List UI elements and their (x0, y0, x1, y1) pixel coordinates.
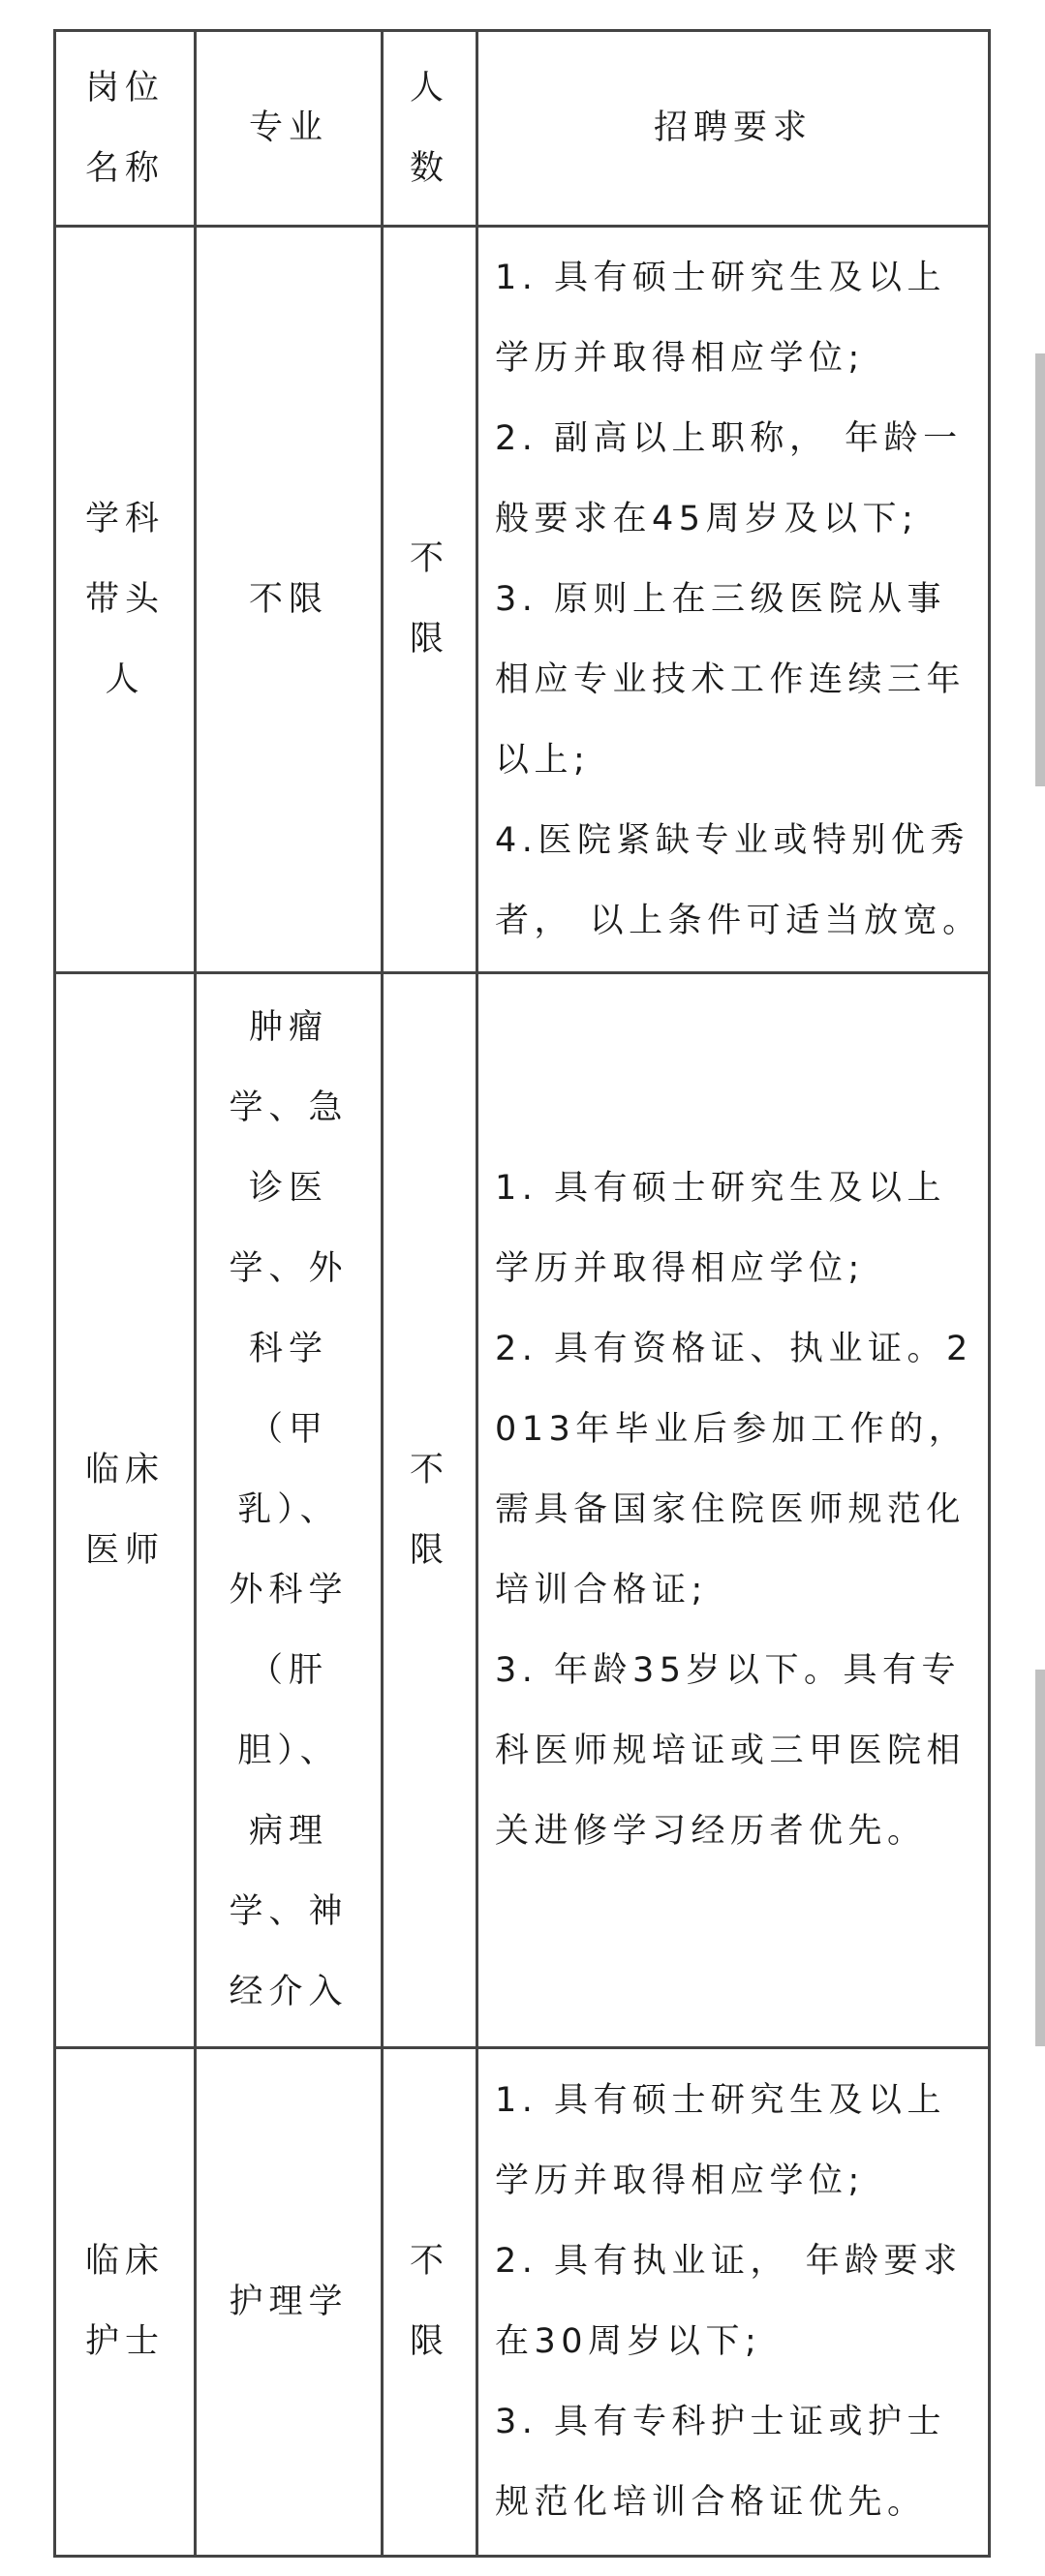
recruitment-table: 岗位 名称 专业 人 数 招聘要求 学科 带头 人 不限 不 限 1. 具有硕士… (53, 29, 991, 2558)
cell-text: 限 (410, 2302, 449, 2382)
cell-text: 护士 (85, 2302, 165, 2382)
requirement-line: 学历并取得相应学位; (495, 2141, 865, 2222)
cell-text: 临床 (85, 2222, 165, 2302)
cell-text: 乳）、 (237, 1470, 340, 1550)
header-position-name: 岗位 名称 (56, 32, 194, 225)
header-specialty: 专业 (197, 32, 381, 225)
cell-text: 肿瘤 (249, 988, 328, 1068)
requirement-line: 者， 以上条件可适当放宽。 (495, 881, 982, 962)
cell-text: 护理学 (229, 2262, 348, 2343)
requirement-line: 1. 具有硕士研究生及以上 (495, 2061, 946, 2141)
cell-text: 限 (410, 1511, 449, 1591)
cell-text: 学、神 (229, 1872, 348, 1952)
cell-text: 不 (410, 2222, 449, 2302)
requirement-line: 2. 具有执业证， 年龄要求 (495, 2222, 963, 2302)
header-text: 名称 (85, 129, 165, 209)
requirement-line: 1. 具有硕士研究生及以上 (495, 1149, 946, 1229)
requirement-line: 规范化培训合格证优先。 (495, 2463, 927, 2543)
scrollbar-thumb[interactable] (1035, 1670, 1045, 2046)
header-text: 数 (410, 129, 449, 209)
cell-text: （肝 (249, 1631, 328, 1711)
row2-count: 不 限 (384, 974, 476, 2046)
row3-requirements: 1. 具有硕士研究生及以上 学历并取得相应学位; 2. 具有执业证， 年龄要求 … (478, 2049, 988, 2555)
cell-text: 科学 (249, 1309, 328, 1390)
row1-position: 学科 带头 人 (56, 228, 194, 971)
requirement-line: 1. 具有硕士研究生及以上 (495, 238, 946, 319)
row2-requirements: 1. 具有硕士研究生及以上 学历并取得相应学位; 2. 具有资格证、执业证。2 … (478, 974, 988, 2046)
requirement-line: 学历并取得相应学位; (495, 319, 865, 399)
header-text: 岗位 (85, 48, 165, 129)
requirement-line: 科医师规培证或三甲医院相 (495, 1711, 966, 1792)
row3-count: 不 限 (384, 2049, 476, 2555)
header-requirements: 招聘要求 (478, 32, 988, 225)
requirement-line: 学历并取得相应学位; (495, 1229, 865, 1309)
cell-text: 经介入 (229, 1952, 348, 2033)
header-text: 专业 (249, 88, 328, 169)
requirement-line: 4.医院紧缺专业或特别优秀 (495, 801, 969, 881)
cell-text: 不限 (249, 560, 328, 640)
requirement-line: 3. 年龄35岁以下。具有专 (495, 1631, 961, 1711)
row2-specialty: 肿瘤 学、急 诊医 学、外 科学 （甲 乳）、 外科学 （肝 胆）、 病理 学、… (197, 974, 381, 2046)
cell-text: 胆）、 (237, 1711, 340, 1792)
row2-position: 临床 医师 (56, 974, 194, 2046)
requirement-line: 2. 副高以上职称， 年龄一 (495, 399, 963, 479)
scrollbar-thumb[interactable] (1035, 353, 1045, 786)
requirement-line: 般要求在45周岁及以下; (495, 479, 918, 560)
cell-text: 学、外 (229, 1229, 348, 1309)
row3-position: 临床 护士 (56, 2049, 194, 2555)
requirement-line: 在30周岁以下; (495, 2302, 761, 2382)
cell-text: 人 (105, 640, 144, 721)
cell-text: 临床 (85, 1430, 165, 1511)
requirement-line: 关进修学习经历者优先。 (495, 1792, 927, 1872)
cell-text: （甲 (249, 1390, 328, 1470)
requirement-line: 需具备国家住院医师规范化 (495, 1470, 966, 1550)
cell-text: 病理 (249, 1792, 328, 1872)
header-count: 人 数 (384, 32, 476, 225)
requirement-line: 3. 具有专科护士证或护士 (495, 2382, 946, 2463)
cell-text: 带头 (85, 560, 165, 640)
row3-specialty: 护理学 (197, 2049, 381, 2555)
requirement-line: 013年毕业后参加工作的， (495, 1390, 968, 1470)
cell-text: 学、急 (229, 1068, 348, 1149)
row1-requirements: 1. 具有硕士研究生及以上 学历并取得相应学位; 2. 副高以上职称， 年龄一 … (478, 228, 988, 971)
row1-specialty: 不限 (197, 228, 381, 971)
cell-text: 不 (410, 519, 449, 599)
cell-text: 限 (410, 599, 449, 680)
requirement-line: 相应专业技术工作连续三年 (495, 640, 966, 721)
cell-text: 外科学 (229, 1550, 348, 1631)
header-text: 招聘要求 (654, 88, 813, 169)
cell-text: 不 (410, 1430, 449, 1511)
requirement-line: 以上; (495, 721, 590, 801)
cell-text: 诊医 (249, 1149, 328, 1229)
requirement-line: 2. 具有资格证、执业证。2 (495, 1309, 973, 1390)
cell-text: 学科 (85, 479, 165, 560)
header-text: 人 (410, 48, 449, 129)
row1-count: 不 限 (384, 228, 476, 971)
requirement-line: 培训合格证; (495, 1550, 708, 1631)
requirement-line: 3. 原则上在三级医院从事 (495, 560, 946, 640)
cell-text: 医师 (85, 1511, 165, 1591)
